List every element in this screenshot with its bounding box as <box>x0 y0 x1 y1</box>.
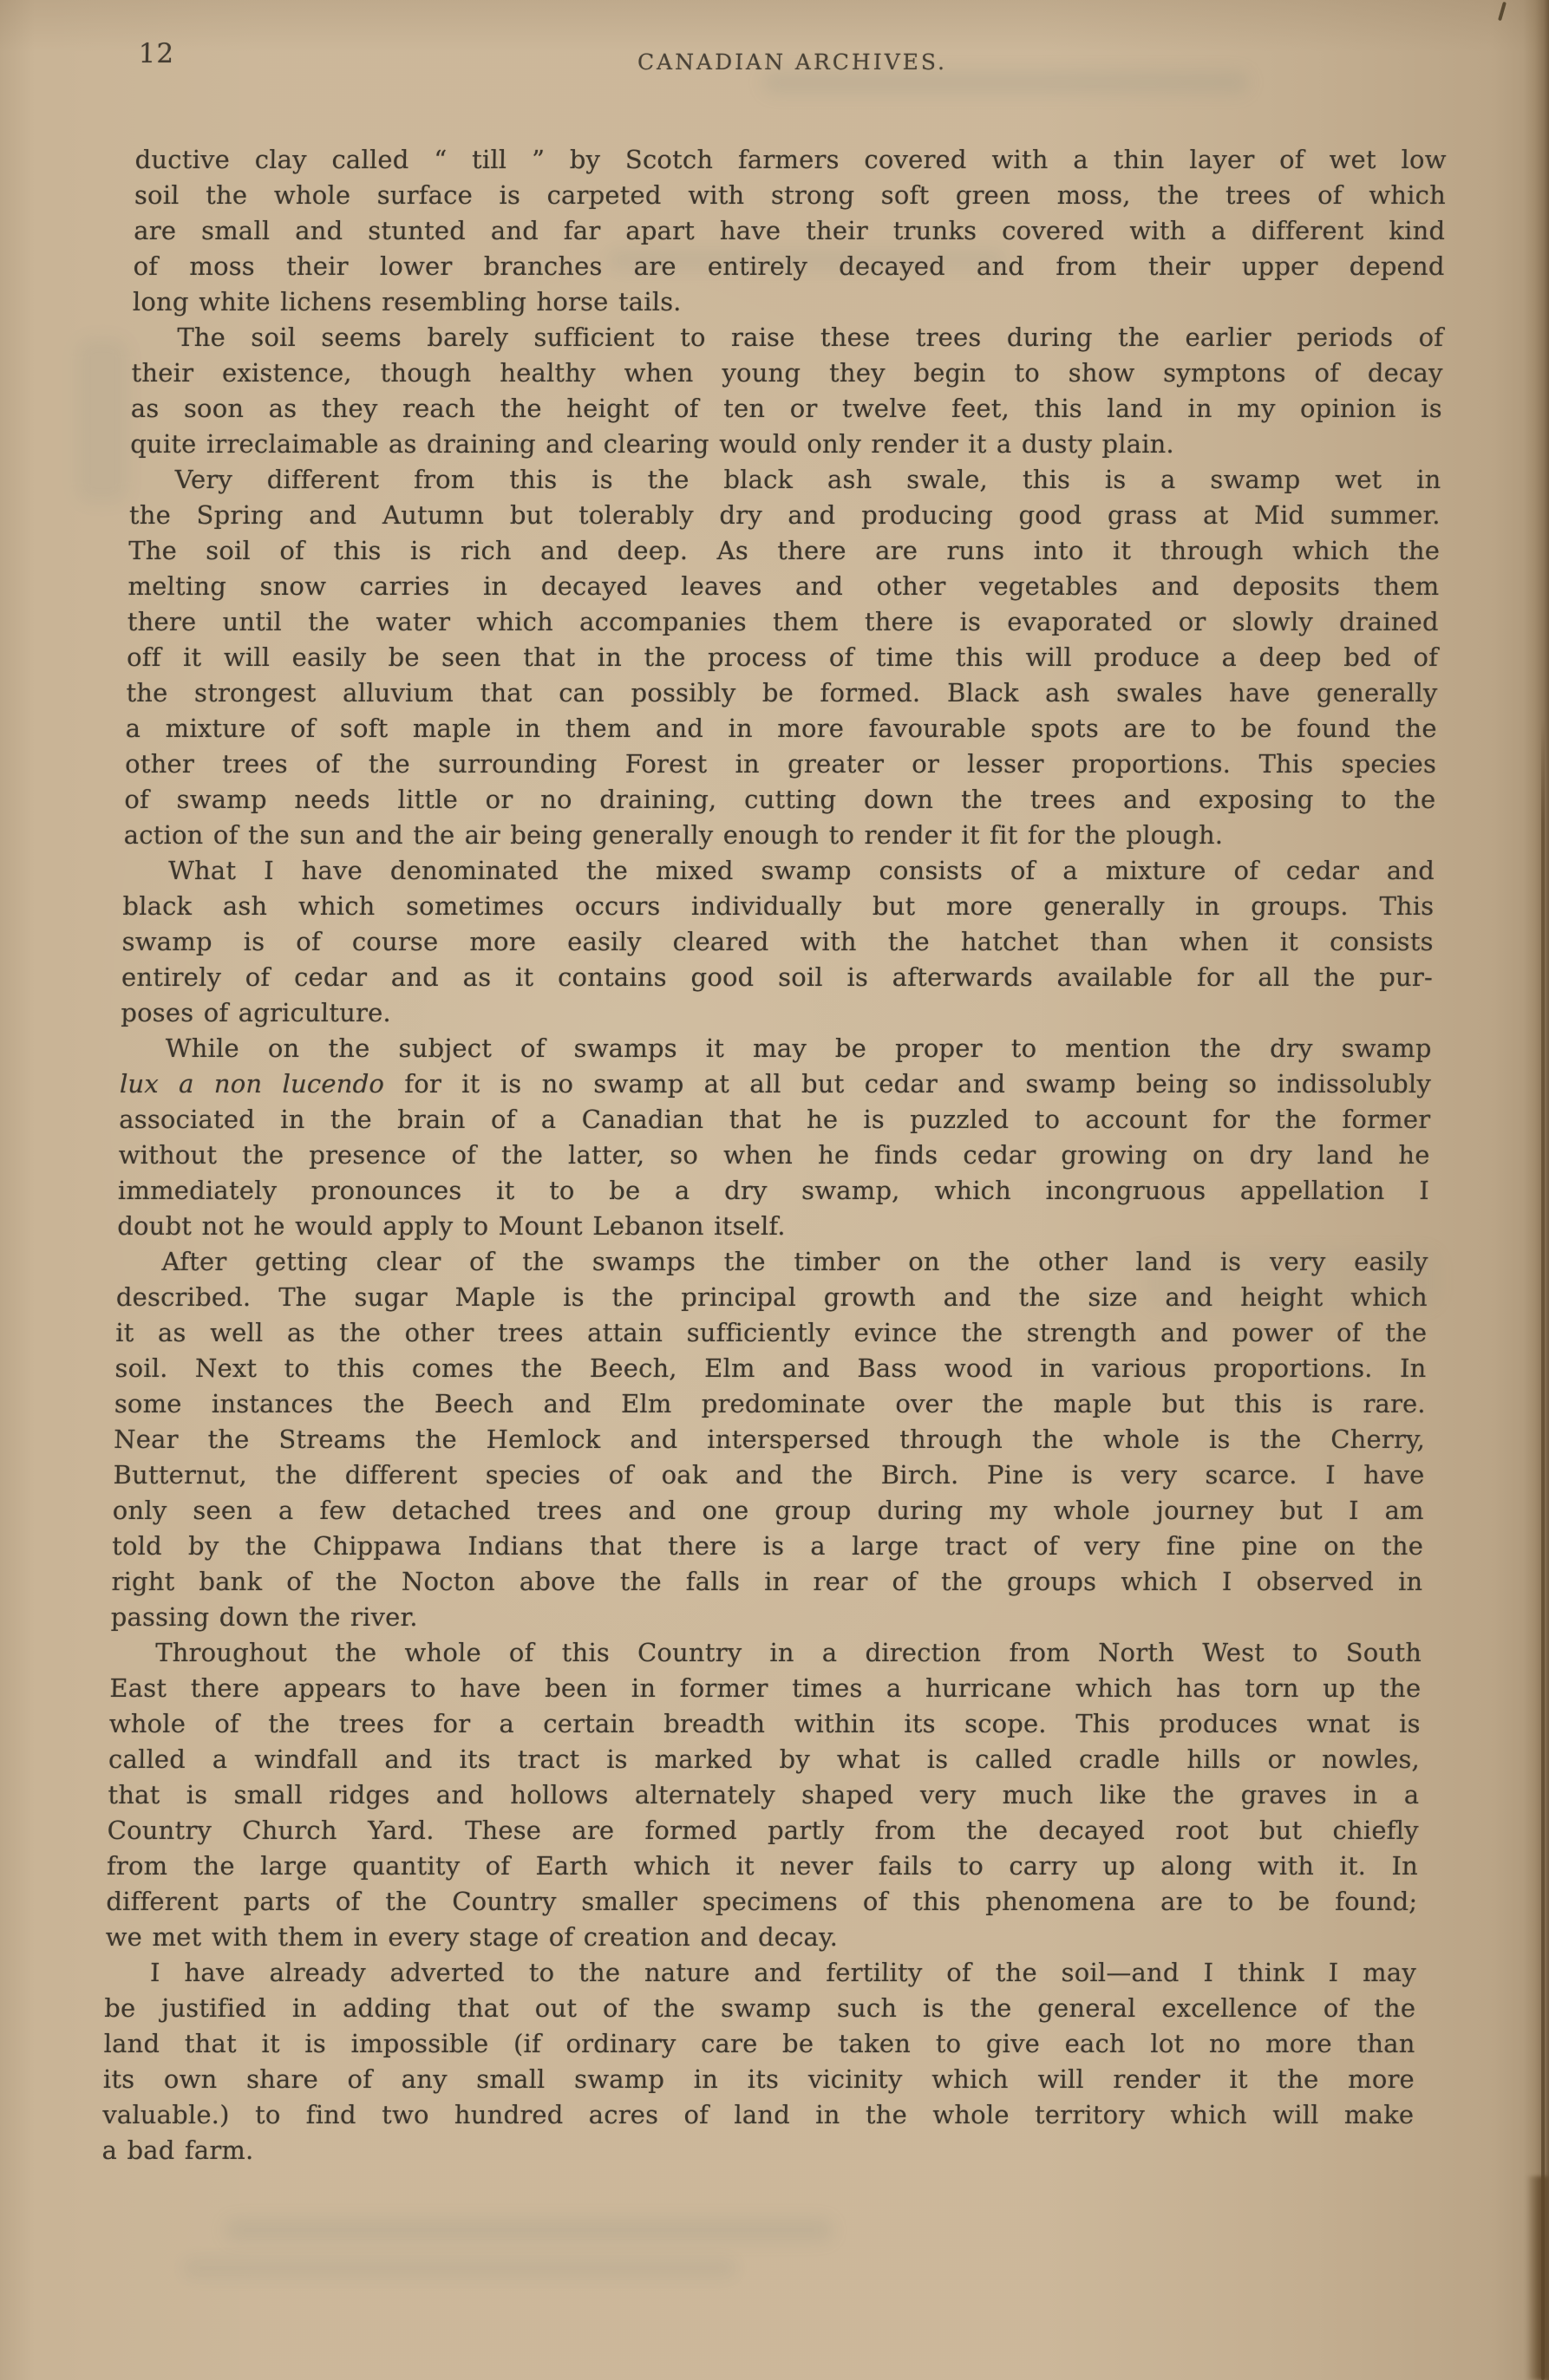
text-line: we met with them in every stage of creat… <box>105 1920 1417 1955</box>
text-line: poses of agriculture. <box>121 995 1433 1031</box>
text-segment: for it is no swamp at all but cedar and … <box>384 1069 1432 1099</box>
text-line: it as well as the other trees attain suf… <box>115 1315 1428 1351</box>
text-line: East there appears to have been in forme… <box>109 1671 1422 1706</box>
show-through-ghost <box>225 2220 833 2240</box>
text-line: long white lichens resembling horse tail… <box>133 284 1445 320</box>
text-line: as soon as they reach the height of ten … <box>131 391 1443 427</box>
text-line: be justified in adding that out of the s… <box>104 1991 1416 2026</box>
text-line: some instances the Beech and Elm predomi… <box>114 1386 1427 1422</box>
text-line: are small and stunted and far apart have… <box>134 213 1446 249</box>
italic-phrase: lux a non lucendo <box>120 1069 385 1099</box>
text-line: told by the Chippawa Indians that there … <box>112 1529 1424 1564</box>
paragraph-windfall-hurricane: Throughout the whole of this Country in … <box>105 1635 1422 1955</box>
text-block: 12 CANADIAN ARCHIVES. ductive clay calle… <box>101 38 1448 2168</box>
text-line: doubt not he would apply to Mount Lebano… <box>117 1209 1429 1244</box>
text-line: ductive clay called “ till ” by Scotch f… <box>134 142 1447 178</box>
text-line: Very different from this is the black as… <box>129 462 1441 498</box>
page-edge-shadow <box>1523 0 1549 2380</box>
paragraph-timber-on-other-land: After getting clear of the swamps the ti… <box>110 1244 1428 1635</box>
text-line: melting snow carries in decayed leaves a… <box>127 569 1440 604</box>
text-line: black ash which sometimes occurs individ… <box>122 889 1435 924</box>
text-line: right bank of the Nocton above the falls… <box>111 1564 1423 1600</box>
text-line: called a windfall and its tract is marke… <box>108 1742 1421 1777</box>
text-line: swamp is of course more easily cleared w… <box>121 924 1434 960</box>
text-line: associated in the brain of a Canadian th… <box>119 1102 1431 1138</box>
text-line: Butternut, the different species of oak … <box>113 1457 1425 1493</box>
text-line: of swamp needs little or no draining, cu… <box>124 782 1436 818</box>
show-through-ghost <box>76 338 128 503</box>
text-line: its own share of any small swamp in its … <box>103 2062 1415 2097</box>
text-line: their existence, though healthy when you… <box>131 355 1443 391</box>
text-line: different parts of the Country smaller s… <box>106 1884 1418 1920</box>
paragraph-dry-swamp: While on the subject of swamps it may be… <box>117 1031 1432 1244</box>
text-line: off it will easily be seen that in the p… <box>127 640 1439 675</box>
scanned-book-page: 12 CANADIAN ARCHIVES. ductive clay calle… <box>0 0 1549 2380</box>
running-header: CANADIAN ARCHIVES. <box>136 49 1448 75</box>
text-line: a bad farm. <box>101 2133 1414 2168</box>
body-text: ductive clay called “ till ” by Scotch f… <box>101 142 1447 2168</box>
text-line: I have already adverted to the nature an… <box>105 1955 1417 1991</box>
text-line: described. The sugar Maple is the princi… <box>116 1280 1428 1315</box>
show-through-ghost <box>182 2258 737 2279</box>
text-line: action of the sun and the air being gene… <box>123 818 1435 853</box>
paragraph-soil-barely-sufficient: The soil seems barely sufficient to rais… <box>130 320 1444 462</box>
text-line: of moss their lower branches are entirel… <box>133 249 1445 284</box>
text-line: the strongest alluvium that can possibly… <box>126 675 1438 711</box>
text-line: valuable.) to find two hundred acres of … <box>102 2097 1415 2133</box>
text-line: Country Church Yard. These are formed pa… <box>107 1813 1419 1849</box>
text-line: land that it is impossible (if ordinary … <box>103 2026 1415 2062</box>
text-line: entirely of cedar and as it contains goo… <box>121 960 1434 995</box>
paragraph-mixed-swamp: What I have denominated the mixed swamp … <box>121 853 1435 1031</box>
text-line: What I have denominated the mixed swamp … <box>123 853 1435 889</box>
text-line: only seen a few detached trees and one g… <box>112 1493 1424 1529</box>
text-line: the Spring and Autumn but tolerably dry … <box>129 498 1441 533</box>
running-head-row: 12 CANADIAN ARCHIVES. <box>136 38 1448 73</box>
paragraph-soil-fertility-conclusion: I have already adverted to the nature an… <box>101 1955 1416 2168</box>
text-line: without the presence of the latter, so w… <box>118 1138 1430 1173</box>
scan-mark <box>1498 2 1507 21</box>
text-line: that is small ridges and hollows alterna… <box>108 1777 1420 1813</box>
text-line: passing down the river. <box>110 1600 1422 1635</box>
text-line: there until the water which accompanies … <box>127 604 1439 640</box>
paragraph-black-ash-swale: Very different from this is the black as… <box>123 462 1441 853</box>
text-line: While on the subject of swamps it may be… <box>120 1031 1432 1066</box>
text-line: soil. Next to this comes the Beech, Elm … <box>114 1351 1427 1386</box>
text-line: quite irreclaimable as draining and clea… <box>130 427 1442 462</box>
text-line: immediately pronounces it to be a dry sw… <box>118 1173 1430 1209</box>
text-line: After getting clear of the swamps the ti… <box>116 1244 1428 1280</box>
page-edge-line <box>1541 720 1545 2380</box>
text-line: soil the whole surface is carpeted with … <box>134 178 1447 213</box>
book-edge-corner <box>1526 2176 1549 2380</box>
text-line: whole of the trees for a certain breadth… <box>108 1706 1421 1742</box>
text-line: other trees of the surrounding Forest in… <box>125 747 1437 782</box>
text-line: lux a non lucendo for it is no swamp at … <box>120 1066 1432 1102</box>
text-line: from the large quantity of Earth which i… <box>107 1849 1419 1884</box>
text-line: The soil of this is rich and deep. As th… <box>128 533 1441 569</box>
text-line: The soil seems barely sufficient to rais… <box>132 320 1444 355</box>
text-line: Throughout the whole of this Country in … <box>110 1635 1422 1671</box>
paragraph-continuation-till-clay: ductive clay called “ till ” by Scotch f… <box>133 142 1447 320</box>
text-line: a mixture of soft maple in them and in m… <box>125 711 1437 747</box>
text-line: Near the Streams the Hemlock and intersp… <box>114 1422 1426 1457</box>
